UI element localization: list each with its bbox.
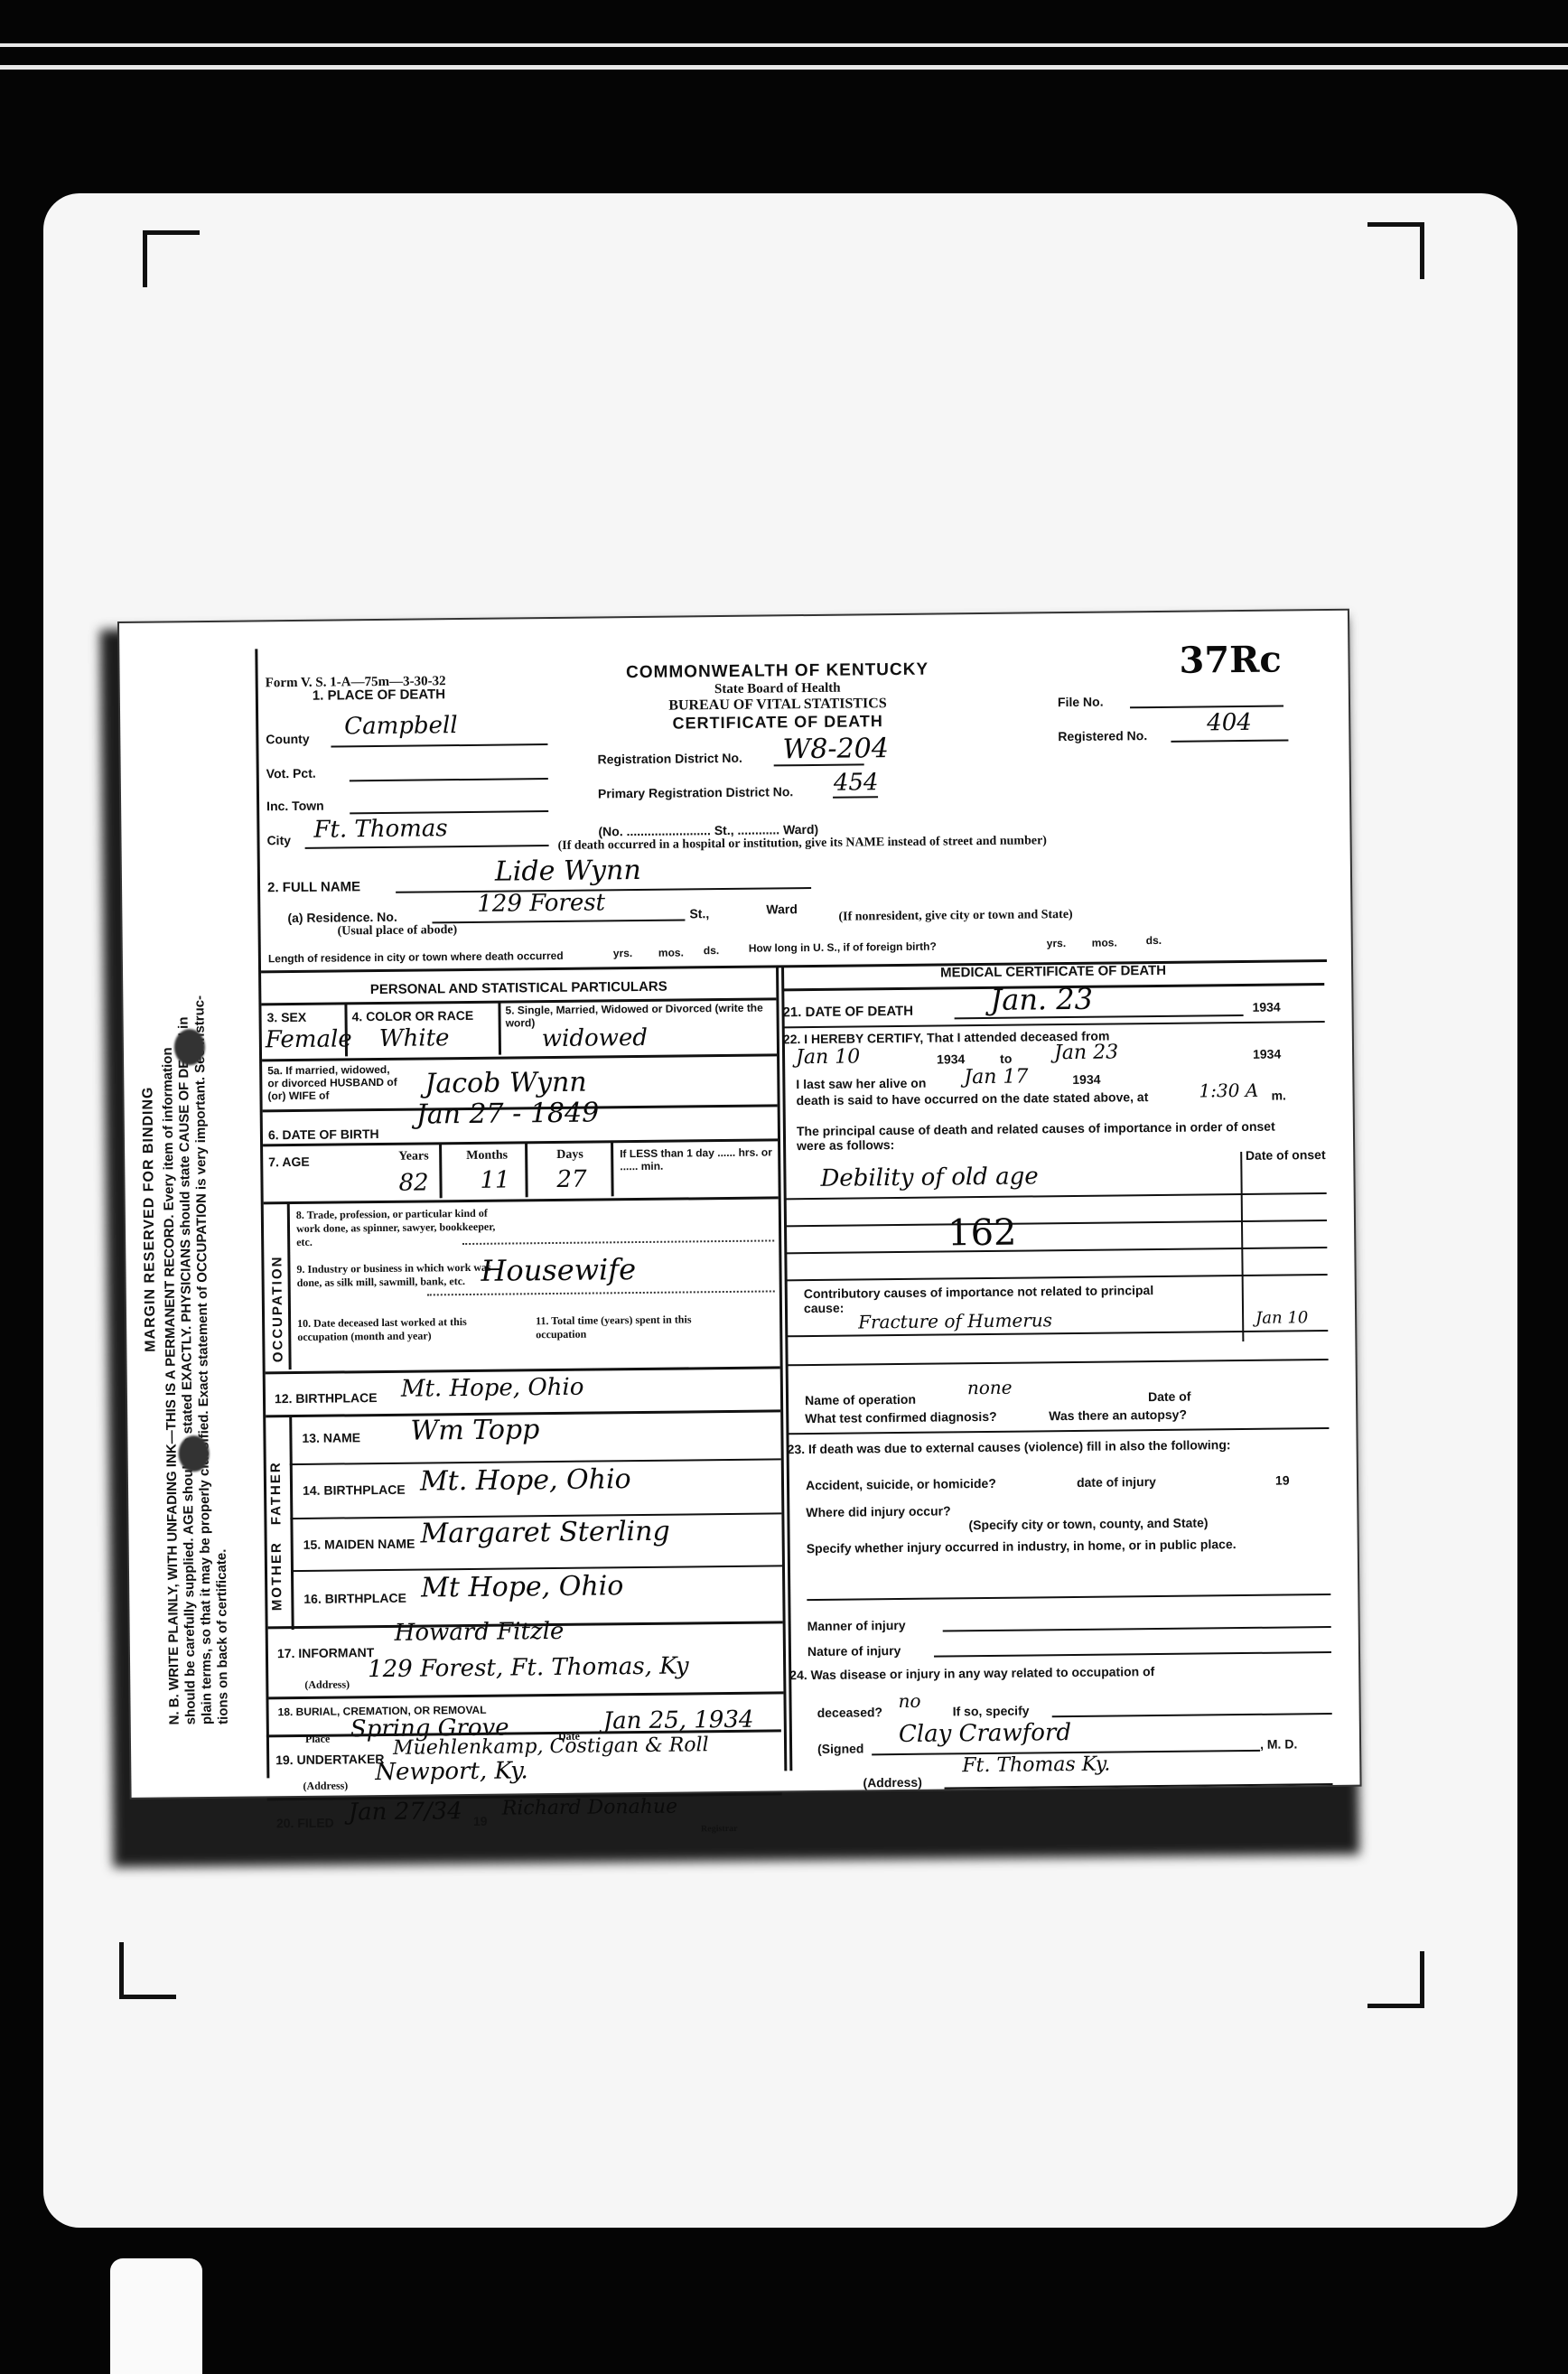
less-than-day-label: If LESS than 1 day ...... hrs. or ......… bbox=[620, 1145, 773, 1173]
operation-value: none bbox=[967, 1377, 1013, 1399]
total-time-label: 11. Total time (years) spent in this occ… bbox=[536, 1313, 698, 1341]
trade-field bbox=[462, 1239, 774, 1245]
city-label: City bbox=[266, 833, 291, 847]
age-days-value: 27 bbox=[556, 1166, 586, 1193]
signed-label: (Signed bbox=[817, 1741, 864, 1756]
contributory-onset-value: Jan 10 bbox=[1255, 1308, 1308, 1328]
yrs-label: yrs. bbox=[1047, 937, 1067, 949]
nonresident-note: (If nonresident, give city or town and S… bbox=[838, 908, 1072, 925]
yrs-label: yrs. bbox=[613, 947, 633, 959]
dob-value: Jan 27 - 1849 bbox=[416, 1097, 600, 1130]
attended-from-year: 1934 bbox=[937, 1051, 965, 1066]
personal-heading: PERSONAL AND STATISTICAL PARTICULARS bbox=[261, 977, 776, 998]
attended-from: Jan 10 bbox=[796, 1045, 860, 1069]
registered-no-label: Registered No. bbox=[1058, 728, 1147, 743]
attended-to: Jan 23 bbox=[1054, 1041, 1118, 1064]
spouse-value: Jacob Wynn bbox=[425, 1067, 587, 1100]
vot-pct-field bbox=[350, 778, 548, 781]
occupation-value: Housewife bbox=[481, 1252, 636, 1288]
undertaker-label: 19. UNDERTAKER bbox=[275, 1752, 384, 1767]
dob-label: 6. DATE OF BIRTH bbox=[268, 1126, 379, 1142]
residence-field bbox=[432, 919, 685, 923]
residence-label: (a) Residence. No. bbox=[287, 910, 397, 925]
crop-mark-top-left bbox=[143, 230, 200, 287]
birthplace-label: 12. BIRTHPLACE bbox=[275, 1390, 378, 1406]
operation-date-label: Date of bbox=[1148, 1389, 1191, 1404]
industry-field bbox=[427, 1290, 775, 1295]
foreign-birth-label: How long in U. S., if of foreign birth? bbox=[749, 940, 937, 955]
full-name-value: Lide Wynn bbox=[495, 855, 641, 888]
test-label: What test confirmed diagnosis? bbox=[805, 1409, 997, 1425]
father-birthplace-label: 14. BIRTHPLACE bbox=[303, 1482, 406, 1498]
stamp-number: 37Rc bbox=[1179, 639, 1282, 682]
birthplace-value: Mt. Hope, Ohio bbox=[401, 1374, 584, 1403]
last-worked-label: 10. Date deceased last worked at this oc… bbox=[297, 1315, 505, 1344]
mother-maiden-value: Margaret Sterling bbox=[420, 1516, 669, 1550]
informant-label: 17. INFORMANT bbox=[277, 1645, 375, 1660]
county-field bbox=[331, 743, 547, 748]
primary-district-label: Primary Registration District No. bbox=[598, 784, 793, 800]
father-birthplace-value: Mt. Hope, Ohio bbox=[420, 1463, 631, 1497]
manner-label: Manner of injury bbox=[807, 1618, 906, 1633]
registration-district-label: Registration District No. bbox=[598, 751, 742, 767]
md-label: , M. D. bbox=[1260, 1736, 1297, 1751]
date-of-death-label: 21. DATE OF DEATH bbox=[782, 1004, 913, 1021]
if-so-label: If so, specify bbox=[953, 1704, 1030, 1719]
last-saw-value: Jan 17 bbox=[964, 1065, 1028, 1089]
film-edge-line bbox=[0, 65, 1568, 70]
to-label: to bbox=[1000, 1051, 1012, 1066]
residence-st-label: St., bbox=[689, 906, 709, 921]
filed-date: Jan 27/34 bbox=[349, 1798, 462, 1826]
filed-19: 19 bbox=[473, 1814, 488, 1828]
county-value: Campbell bbox=[344, 712, 458, 740]
divider bbox=[268, 1691, 783, 1699]
m-label: m. bbox=[1271, 1089, 1286, 1103]
contributory-cause-value: Fracture of Humerus bbox=[858, 1309, 1052, 1332]
certificate-header: COMMONWEALTH OF KENTUCKY State Board of … bbox=[583, 659, 972, 734]
physician-signature: Clay Crawford bbox=[899, 1719, 1071, 1748]
age-days-label: Days bbox=[556, 1148, 583, 1163]
cause-intro: The principal cause of death and related… bbox=[797, 1119, 1284, 1154]
file-no-label: File No. bbox=[1058, 695, 1104, 710]
mother-side-label: MOTHER bbox=[269, 1541, 285, 1611]
mother-maiden-label: 15. MAIDEN NAME bbox=[303, 1537, 415, 1552]
crop-mark-top-right bbox=[1367, 222, 1424, 279]
spouse-label: 5a. If married, widowed, or divorced HUS… bbox=[267, 1063, 403, 1103]
divider bbox=[611, 1142, 614, 1196]
punch-hole bbox=[174, 1029, 205, 1065]
occupation-side-label: OCCUPATION bbox=[269, 1256, 285, 1363]
sex-value: Female bbox=[266, 1025, 352, 1053]
physician-address-value: Ft. Thomas Ky. bbox=[962, 1753, 1110, 1778]
age-label: 7. AGE bbox=[268, 1154, 310, 1169]
residence-value: 129 Forest bbox=[477, 889, 605, 917]
film-edge-line bbox=[0, 43, 1568, 47]
death-certificate: MARGIN RESERVED FOR BINDING N. B. WRITE … bbox=[119, 611, 1360, 1798]
divider bbox=[439, 1144, 443, 1198]
last-saw-year: 1934 bbox=[1072, 1072, 1100, 1087]
registered-no-value: 404 bbox=[1207, 709, 1252, 737]
informant-address-value: 129 Forest, Ft. Thomas, Ky bbox=[368, 1652, 689, 1683]
operation-label: Name of operation bbox=[805, 1392, 916, 1407]
file-no-field bbox=[1130, 706, 1283, 709]
deceased-answer: no bbox=[898, 1690, 920, 1712]
divider bbox=[289, 1416, 294, 1630]
last-saw-label: I last saw her alive on bbox=[796, 1076, 926, 1092]
age-years-value: 82 bbox=[398, 1169, 428, 1196]
undertaker-address-label: (Address) bbox=[303, 1779, 348, 1793]
age-years-label: Years bbox=[398, 1149, 429, 1164]
date-of-death-year: 1934 bbox=[1252, 1000, 1280, 1014]
age-months-value: 11 bbox=[480, 1167, 509, 1194]
nature-label: Nature of injury bbox=[807, 1643, 901, 1659]
age-months-label: Months bbox=[466, 1149, 508, 1164]
industry-label: 9. Industry or business in which work wa… bbox=[296, 1261, 504, 1290]
city-value: Ft. Thomas bbox=[313, 815, 448, 844]
registrar-signature: Richard Donahue bbox=[502, 1796, 678, 1820]
county-label: County bbox=[266, 732, 309, 747]
city-field bbox=[305, 845, 549, 849]
ds-label: ds. bbox=[1146, 934, 1162, 947]
mos-label: mos. bbox=[1092, 936, 1117, 949]
registration-district-value: W8-204 bbox=[782, 733, 889, 765]
divider bbox=[498, 1003, 501, 1055]
undertaker-value: Muehlenkamp, Costigan & Roll bbox=[393, 1734, 709, 1760]
full-name-label: 2. FULL NAME bbox=[267, 879, 360, 895]
mother-birthplace-value: Mt Hope, Ohio bbox=[421, 1570, 623, 1603]
father-name-value: Wm Topp bbox=[410, 1414, 539, 1446]
vot-pct-label: Vot. Pct. bbox=[266, 766, 316, 781]
crop-mark-bottom-right bbox=[1367, 1951, 1424, 2008]
margin-instructions: MARGIN RESERVED FOR BINDING N. B. WRITE … bbox=[136, 713, 232, 1725]
mos-label: mos. bbox=[658, 946, 684, 958]
injury-19: 19 bbox=[1275, 1472, 1290, 1487]
date-onset-label: Date of onset bbox=[1245, 1147, 1326, 1163]
deceased-label: deceased? bbox=[817, 1705, 883, 1720]
date-of-death-value: Jan. 23 bbox=[990, 982, 1093, 1017]
time-value: 1:30 A bbox=[1199, 1080, 1258, 1102]
registrar-label: Registrar bbox=[701, 1824, 738, 1834]
principal-cause-value: Debility of old age bbox=[820, 1163, 1038, 1192]
attended-to-year: 1934 bbox=[1253, 1047, 1281, 1061]
where-injury-label: Where did injury occur? bbox=[806, 1503, 950, 1519]
length-of-residence-label: Length of residence in city or town wher… bbox=[268, 949, 564, 965]
divider bbox=[264, 1196, 779, 1204]
autopsy-label: Was there an autopsy? bbox=[1049, 1407, 1187, 1424]
filed-label: 20. FILED bbox=[276, 1816, 334, 1831]
sex-label: 3. SEX bbox=[266, 1010, 306, 1024]
place-of-death-heading: 1. PLACE OF DEATH bbox=[313, 687, 445, 704]
certificate-form: Form V. S. 1-A—75m—3-30-32 COMMONWEALTH … bbox=[255, 638, 1335, 1778]
father-name-label: 13. NAME bbox=[302, 1430, 360, 1445]
inc-town-label: Inc. Town bbox=[266, 799, 324, 814]
informant-address-label: (Address) bbox=[304, 1678, 350, 1692]
accident-label: Accident, suicide, or homicide? bbox=[806, 1476, 996, 1492]
film-tab bbox=[110, 2258, 202, 2374]
header-certificate: CERTIFICATE OF DEATH bbox=[583, 711, 972, 734]
residence-sublabel: (Usual place of abode) bbox=[338, 923, 458, 939]
informant-value: Howard Fitzle bbox=[395, 1618, 565, 1647]
divider bbox=[266, 1366, 780, 1374]
primary-district-value: 454 bbox=[834, 769, 879, 797]
registered-no-field bbox=[1171, 739, 1288, 742]
cause-code: 162 bbox=[947, 1212, 1017, 1255]
race-label: 4. COLOR OR RACE bbox=[351, 1008, 473, 1023]
father-side-label: FATHER bbox=[268, 1461, 285, 1525]
ds-label: ds. bbox=[704, 944, 719, 957]
marital-value: widowed bbox=[542, 1024, 648, 1052]
divider bbox=[262, 1053, 777, 1061]
crop-mark-bottom-left bbox=[119, 1942, 176, 1999]
injury-date-label: date of injury bbox=[1077, 1474, 1156, 1490]
divider bbox=[525, 1143, 528, 1197]
punch-hole bbox=[178, 1435, 209, 1472]
undertaker-address-value: Newport, Ky. bbox=[375, 1757, 528, 1786]
inc-town-field bbox=[350, 810, 548, 814]
physician-address-label: (Address) bbox=[863, 1775, 922, 1790]
residence-ward-label: Ward bbox=[766, 902, 798, 916]
mother-birthplace-label: 16. BIRTHPLACE bbox=[303, 1591, 406, 1606]
header-commonwealth: COMMONWEALTH OF KENTUCKY bbox=[583, 659, 971, 684]
race-value: White bbox=[379, 1024, 450, 1052]
divider bbox=[344, 1004, 348, 1056]
where-injury-note: (Specify city or town, county, and State… bbox=[968, 1515, 1208, 1532]
divider bbox=[287, 1203, 292, 1369]
